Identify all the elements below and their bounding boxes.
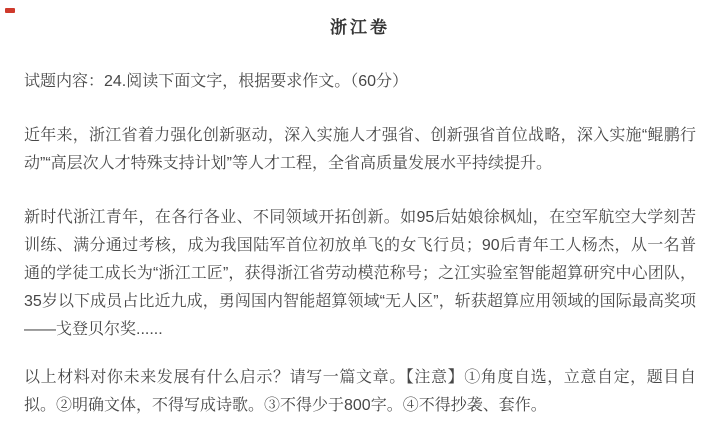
- prompt-header-line: 试题内容：24.阅读下面文字，根据要求作文。（60分）: [24, 68, 696, 96]
- material-paragraph-2: 新时代浙江青年，在各行各业、不同领域开拓创新。如95后姑娘徐枫灿，在空军航空大学…: [24, 204, 696, 344]
- corner-red-mark: [5, 8, 15, 13]
- exam-document: 浙江卷 试题内容：24.阅读下面文字，根据要求作文。（60分） 近年来，浙江省着…: [0, 0, 720, 420]
- page-title-text: 浙江卷: [330, 18, 390, 37]
- page-title: 浙江卷: [24, 14, 696, 42]
- instructions-paragraph: 以上材料对你未来发展有什么启示？请写一篇文章。【注意】①角度自选，立意自定，题目…: [24, 364, 696, 420]
- material-paragraph-1: 近年来，浙江省着力强化创新驱动，深入实施人才强省、创新强省首位战略，深入实施“鲲…: [24, 122, 696, 178]
